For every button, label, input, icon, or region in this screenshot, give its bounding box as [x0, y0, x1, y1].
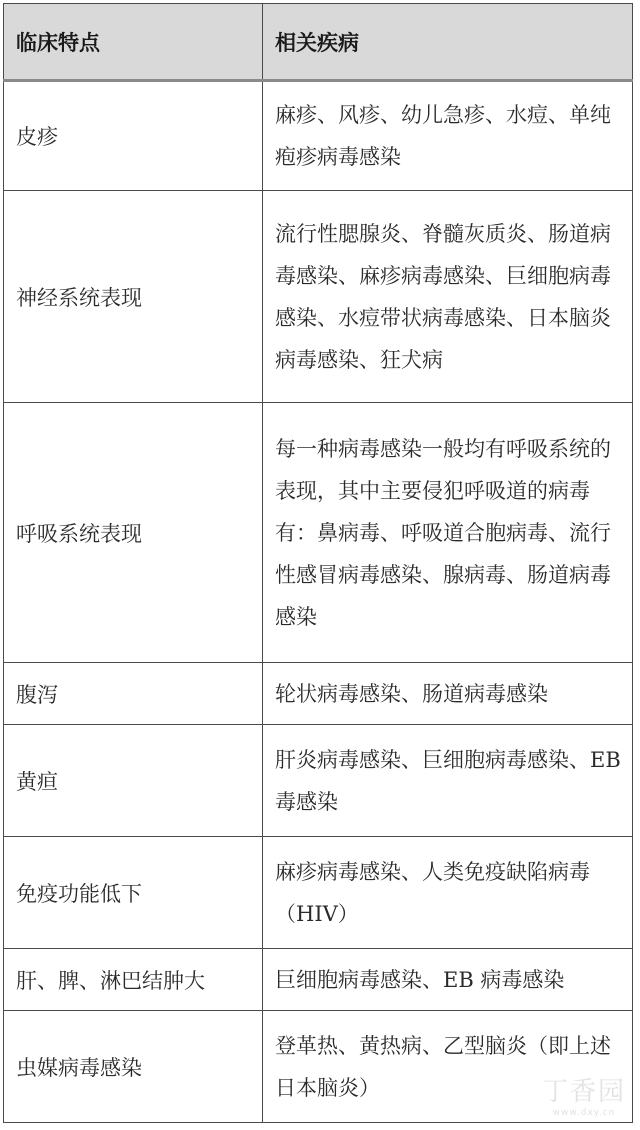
diseases-cell: 麻疹、风疹、幼儿急疹、水痘、单纯疱疹病毒感染 — [263, 81, 633, 191]
diseases-cell: 轮状病毒感染、肠道病毒感染 — [263, 663, 633, 725]
feature-cell: 腹泻 — [4, 663, 263, 725]
feature-cell: 神经系统表现 — [4, 191, 263, 403]
table-row: 虫媒病毒感染 登革热、黄热病、乙型脑炎（即上述日本脑炎） — [4, 1011, 633, 1123]
table-row: 肝、脾、淋巴结肿大 巨细胞病毒感染、EB 病毒感染 — [4, 949, 633, 1011]
feature-cell: 虫媒病毒感染 — [4, 1011, 263, 1123]
feature-cell: 呼吸系统表现 — [4, 403, 263, 663]
table-row: 皮疹 麻疹、风疹、幼儿急疹、水痘、单纯疱疹病毒感染 — [4, 81, 633, 191]
diseases-cell: 流行性腮腺炎、脊髓灰质炎、肠道病毒感染、麻疹病毒感染、巨细胞病毒感染、水痘带状病… — [263, 191, 633, 403]
watermark-url: www.dxy.cn — [542, 1108, 626, 1118]
watermark-logo: 丁香园 — [542, 1071, 626, 1108]
diseases-cell: 麻疹病毒感染、人类免疫缺陷病毒（HIV） — [263, 837, 633, 949]
diseases-cell: 每一种病毒感染一般均有呼吸系统的表现，其中主要侵犯呼吸道的病毒有：鼻病毒、呼吸道… — [263, 403, 633, 663]
feature-cell: 皮疹 — [4, 81, 263, 191]
header-related-diseases: 相关疾病 — [263, 4, 633, 81]
clinical-features-table: 临床特点 相关疾病 皮疹 麻疹、风疹、幼儿急疹、水痘、单纯疱疹病毒感染 神经系统… — [3, 3, 633, 1123]
table-row: 神经系统表现 流行性腮腺炎、脊髓灰质炎、肠道病毒感染、麻疹病毒感染、巨细胞病毒感… — [4, 191, 633, 403]
watermark: 丁香园 www.dxy.cn — [542, 1071, 626, 1118]
table-row: 免疫功能低下 麻疹病毒感染、人类免疫缺陷病毒（HIV） — [4, 837, 633, 949]
feature-cell: 肝、脾、淋巴结肿大 — [4, 949, 263, 1011]
header-clinical-feature: 临床特点 — [4, 4, 263, 81]
table-row: 呼吸系统表现 每一种病毒感染一般均有呼吸系统的表现，其中主要侵犯呼吸道的病毒有：… — [4, 403, 633, 663]
feature-cell: 黄疸 — [4, 725, 263, 837]
diseases-cell: 巨细胞病毒感染、EB 病毒感染 — [263, 949, 633, 1011]
table-row: 黄疸 肝炎病毒感染、巨细胞病毒感染、EB 毒感染 — [4, 725, 633, 837]
table-row: 腹泻 轮状病毒感染、肠道病毒感染 — [4, 663, 633, 725]
feature-cell: 免疫功能低下 — [4, 837, 263, 949]
diseases-cell: 肝炎病毒感染、巨细胞病毒感染、EB 毒感染 — [263, 725, 633, 837]
table-header-row: 临床特点 相关疾病 — [4, 4, 633, 81]
